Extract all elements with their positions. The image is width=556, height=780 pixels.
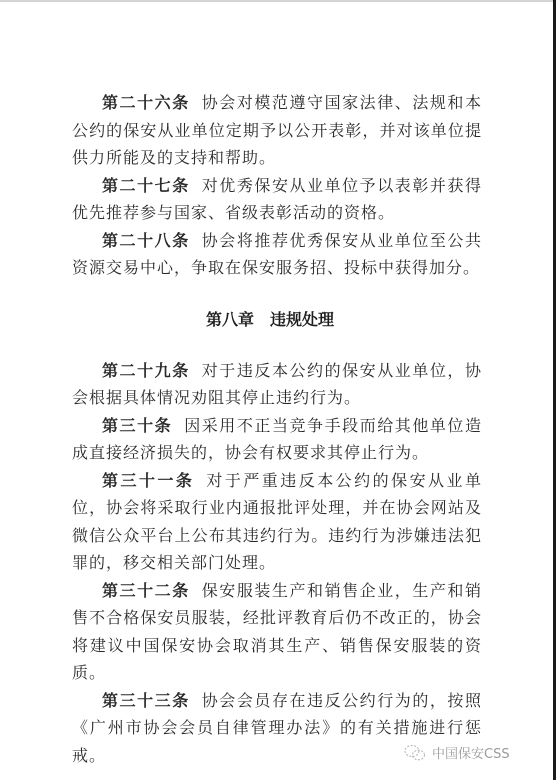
- article-number: 第二十六条: [102, 93, 190, 112]
- document-page: 第二十六条协会对模范遵守国家法律、法规和本公约的保安从业单位定期予以公开表彰，并…: [72, 89, 482, 769]
- article-number: 第三十三条: [102, 691, 190, 710]
- wechat-icon: [404, 744, 426, 762]
- chapter-heading: 第八章违规处理: [72, 306, 482, 333]
- article-number: 第二十九条: [102, 361, 190, 380]
- article-27: 第二十七条对优秀保安从业单位予以表彰并获得优先推荐参与国家、省级表彰活动的资格。: [72, 172, 482, 227]
- article-31: 第三十一条对于严重违反本公约的保安从业单位，协会将采取行业内通报批评处理，并在协…: [72, 467, 482, 577]
- article-number: 第三十一条: [102, 471, 194, 490]
- article-number: 第三十条: [102, 416, 172, 435]
- article-number: 第二十八条: [102, 231, 190, 250]
- article-32: 第三十二条保安服装生产和销售企业，生产和销售不合格保安员服装，经批评教育后仍不改…: [72, 577, 482, 687]
- article-30: 第三十条因采用不正当竞争手段而给其他单位造成直接经济损失的，协会有权要求其停止行…: [72, 412, 482, 467]
- watermark-label: 中国保安CSS: [432, 743, 510, 762]
- top-border: [0, 0, 556, 2]
- watermark: 中国保安CSS: [404, 743, 510, 762]
- article-number: 第三十二条: [102, 581, 190, 600]
- chapter-number: 第八章: [206, 310, 254, 329]
- article-29: 第二十九条对于违反本公约的保安从业单位，协会根据具体情况劝阻其停止违约行为。: [72, 357, 482, 412]
- article-28: 第二十八条协会将推荐优秀保安从业单位至公共资源交易中心，争取在保安服务招、投标中…: [72, 227, 482, 282]
- article-26: 第二十六条协会对模范遵守国家法律、法规和本公约的保安从业单位定期予以公开表彰，并…: [72, 89, 482, 172]
- chapter-title: 违规处理: [270, 310, 334, 329]
- article-number: 第二十七条: [102, 176, 190, 195]
